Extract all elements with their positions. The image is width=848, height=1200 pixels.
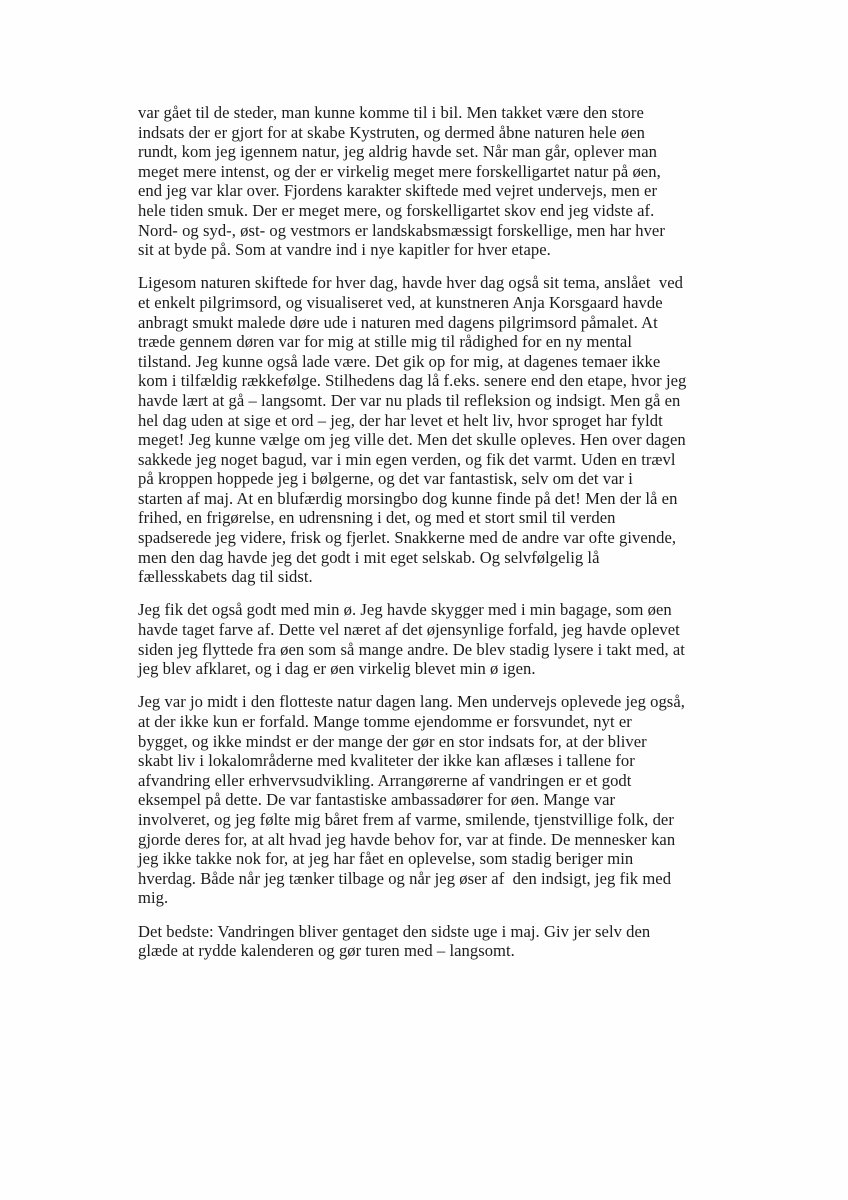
text-line: jeg blev afklaret, og i dag er øen virke…: [138, 659, 758, 679]
text-line: siden jeg flyttede fra øen som så mange …: [138, 640, 758, 660]
text-line: sit at byde på. Som at vandre ind i nye …: [138, 240, 758, 260]
text-line: træde gennem døren var for mig at stille…: [138, 332, 758, 352]
text-line: på kroppen hoppede jeg i bølgerne, og de…: [138, 469, 758, 489]
document-body: var gået til de steder, man kunne komme …: [138, 103, 758, 974]
paragraph-2: Ligesom naturen skiftede for hver dag, h…: [138, 273, 758, 587]
text-line: Det bedste: Vandringen bliver gentaget d…: [138, 922, 758, 942]
text-line: fællesskabets dag til sidst.: [138, 567, 758, 587]
text-line: eksempel på dette. De var fantastiske am…: [138, 790, 758, 810]
text-line: skabt liv i lokalområderne med kvalitete…: [138, 751, 758, 771]
text-line: men den dag havde jeg det godt i mit ege…: [138, 548, 758, 568]
paragraph-3: Jeg fik det også godt med min ø. Jeg hav…: [138, 600, 758, 678]
text-line: hel dag uden at sige et ord – jeg, der h…: [138, 411, 758, 431]
text-line: meget! Jeg kunne vælge om jeg ville det.…: [138, 430, 758, 450]
text-line: spadserede jeg videre, frisk og fjerlet.…: [138, 528, 758, 548]
text-line: rundt, kom jeg igennem natur, jeg aldrig…: [138, 142, 758, 162]
text-line: Jeg fik det også godt med min ø. Jeg hav…: [138, 600, 758, 620]
text-line: mig.: [138, 888, 758, 908]
text-line: frihed, en frigørelse, en udrensning i d…: [138, 508, 758, 528]
text-line: hverdag. Både når jeg tænker tilbage og …: [138, 869, 758, 889]
document-page: var gået til de steder, man kunne komme …: [0, 0, 848, 1200]
text-line: sakkede jeg noget bagud, var i min egen …: [138, 450, 758, 470]
text-line: havde lært at gå – langsomt. Der var nu …: [138, 391, 758, 411]
text-line: havde taget farve af. Dette vel næret af…: [138, 620, 758, 640]
paragraph-5: Det bedste: Vandringen bliver gentaget d…: [138, 922, 758, 961]
text-line: bygget, og ikke mindst er der mange der …: [138, 732, 758, 752]
text-line: end jeg var klar over. Fjordens karakter…: [138, 181, 758, 201]
text-line: Jeg var jo midt i den flotteste natur da…: [138, 692, 758, 712]
text-line: at der ikke kun er forfald. Mange tomme …: [138, 712, 758, 732]
text-line: var gået til de steder, man kunne komme …: [138, 103, 758, 123]
text-line: kom i tilfældig rækkefølge. Stilhedens d…: [138, 371, 758, 391]
text-line: Nord- og syd-, øst- og vestmors er lands…: [138, 221, 758, 241]
paragraph-4: Jeg var jo midt i den flotteste natur da…: [138, 692, 758, 908]
text-line: meget mere intenst, og der er virkelig m…: [138, 162, 758, 182]
text-line: Ligesom naturen skiftede for hver dag, h…: [138, 273, 758, 293]
text-line: anbragt smukt malede døre ude i naturen …: [138, 313, 758, 333]
text-line: et enkelt pilgrimsord, og visualiseret v…: [138, 293, 758, 313]
text-line: jeg ikke takke nok for, at jeg har fået …: [138, 849, 758, 869]
paragraph-1: var gået til de steder, man kunne komme …: [138, 103, 758, 260]
text-line: hele tiden smuk. Der er meget mere, og f…: [138, 201, 758, 221]
text-line: glæde at rydde kalenderen og gør turen m…: [138, 941, 758, 961]
text-line: afvandring eller erhvervsudvikling. Arra…: [138, 771, 758, 791]
text-line: tilstand. Jeg kunne også lade være. Det …: [138, 352, 758, 372]
text-line: involveret, og jeg følte mig båret frem …: [138, 810, 758, 830]
text-line: gjorde deres for, at alt hvad jeg havde …: [138, 830, 758, 850]
text-line: indsats der er gjort for at skabe Kystru…: [138, 123, 758, 143]
text-line: starten af maj. At en blufærdig morsingb…: [138, 489, 758, 509]
